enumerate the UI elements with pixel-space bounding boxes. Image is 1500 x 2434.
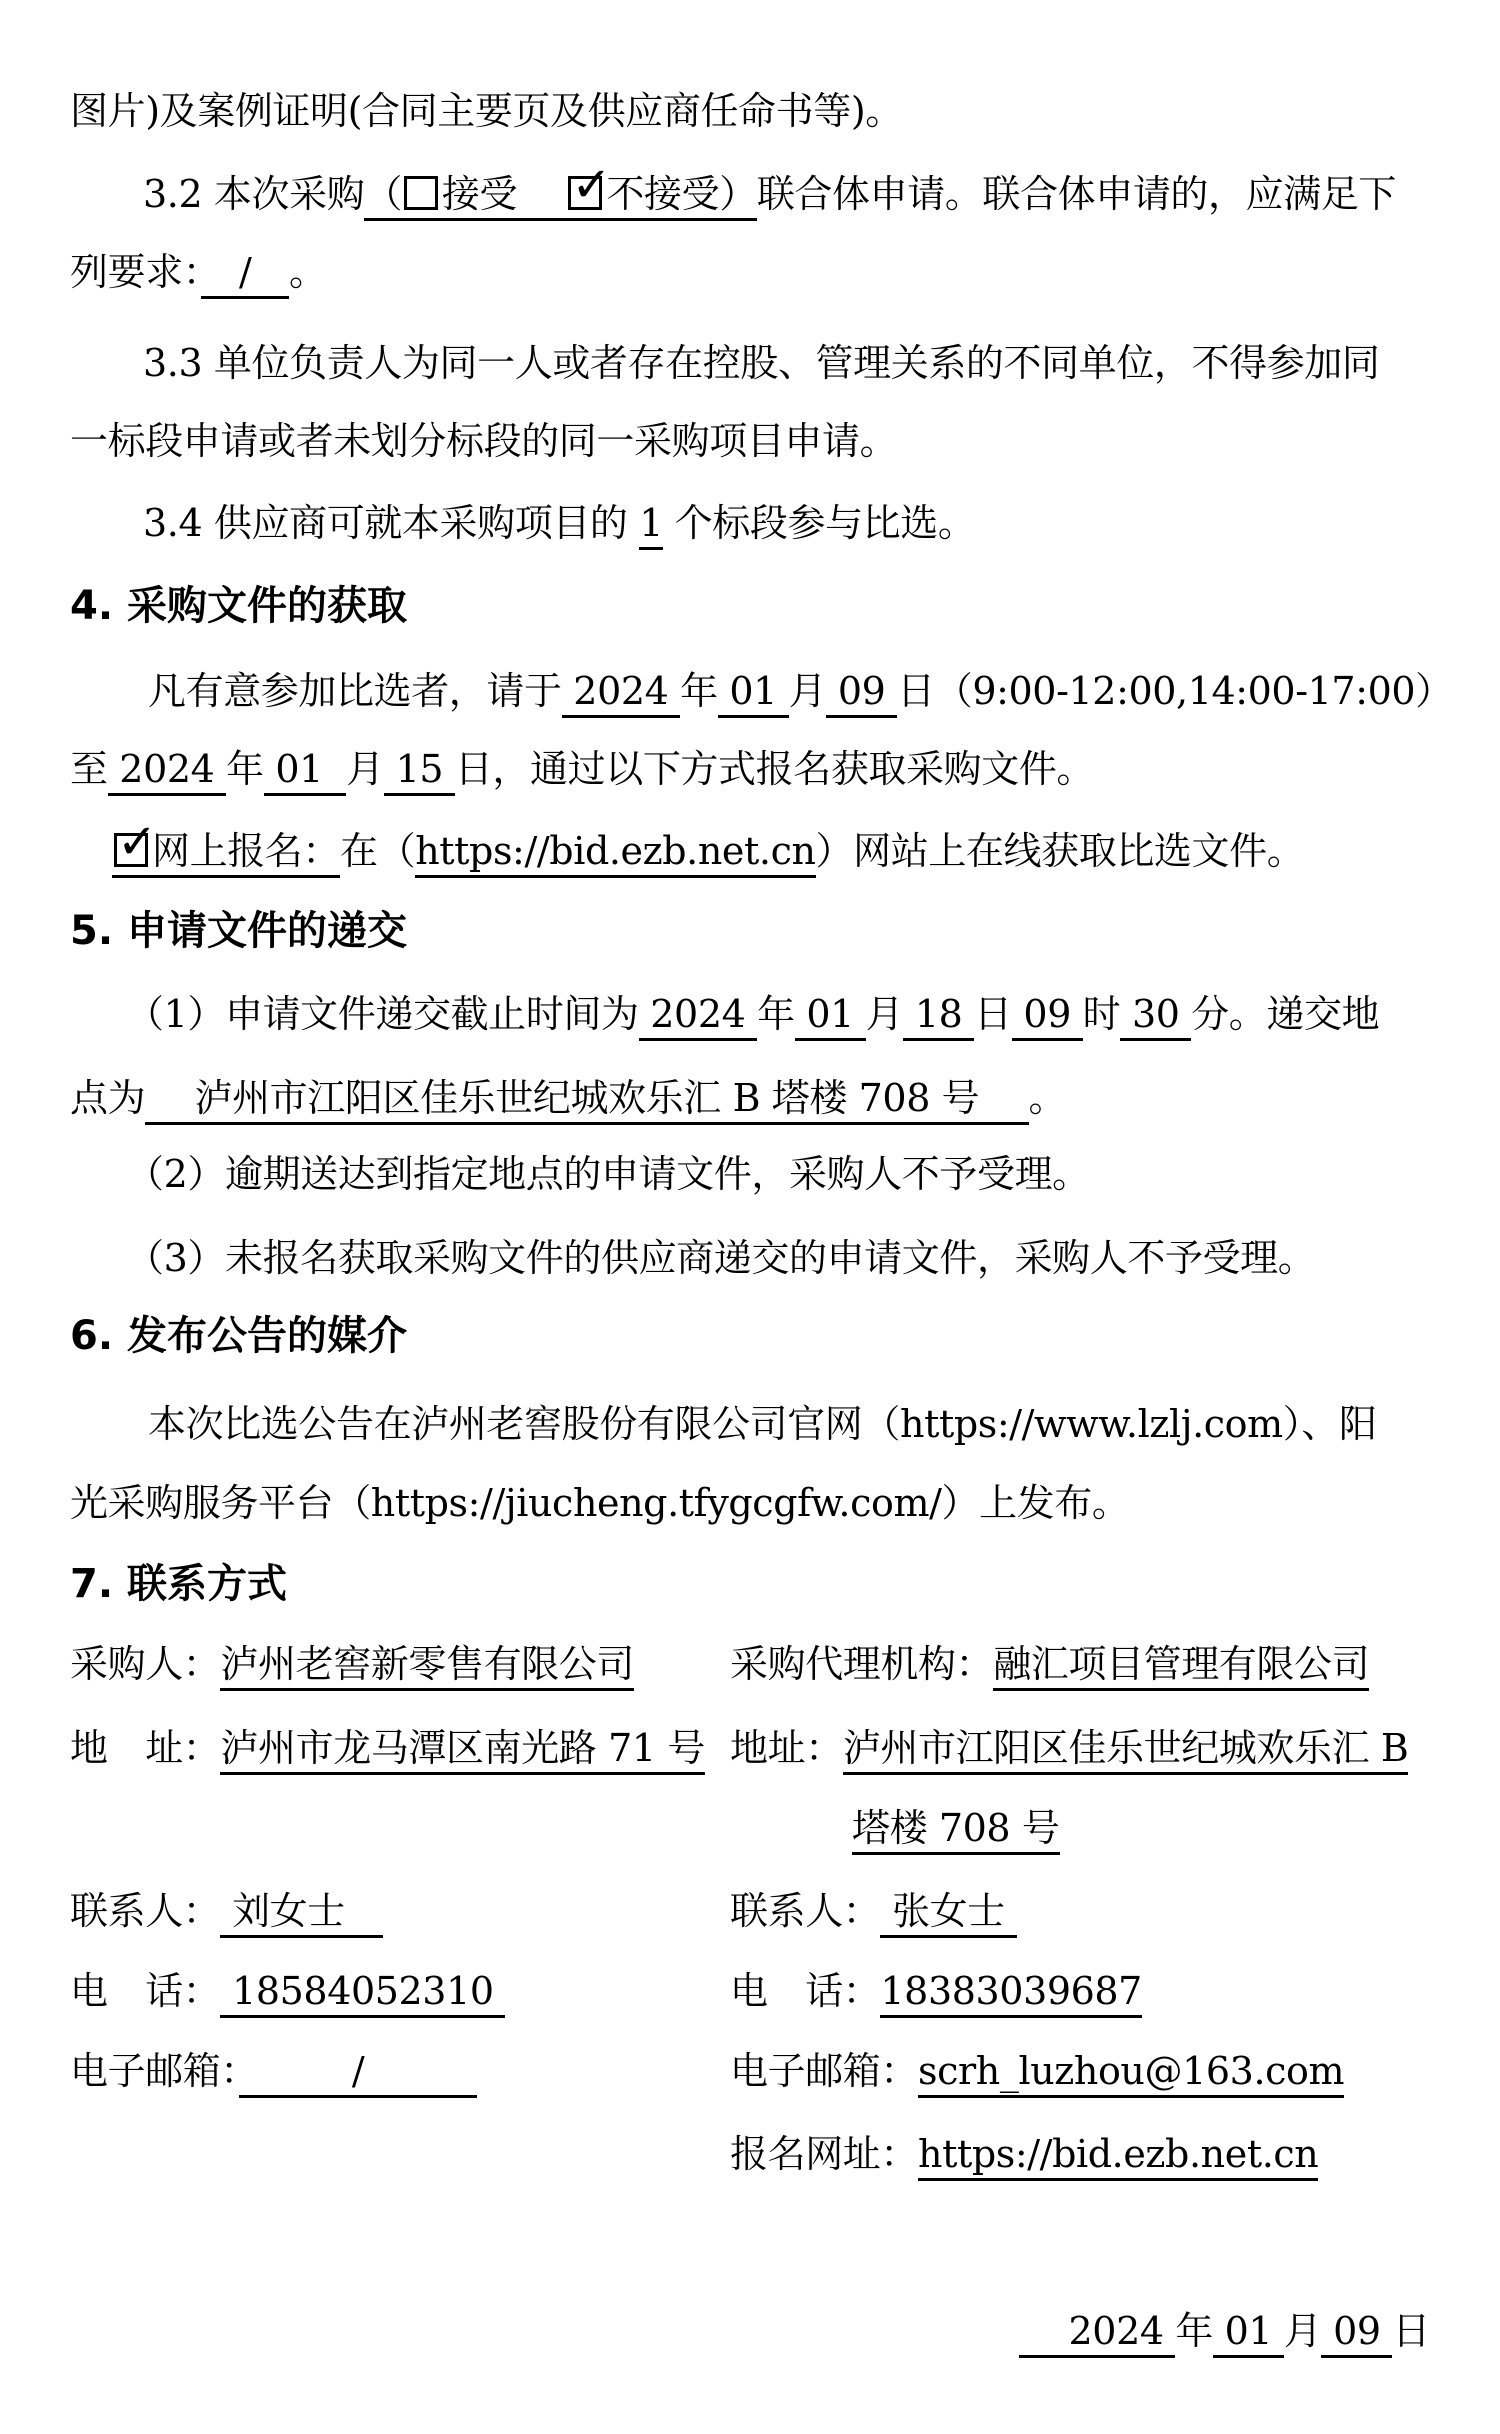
text-run: 电子邮箱： — [70, 2049, 239, 2093]
text-run: 4. 采购文件的获取 — [70, 583, 407, 629]
line-contact-address-cont-part-0: 塔楼 708 号 — [852, 1801, 1060, 1855]
text-run: 一标段申请或者未划分标段的同一采购项目申请。 — [70, 419, 897, 463]
line-contact-buyer-part-0: 采购人：泸州老窖新零售有限公司 — [70, 1637, 634, 1691]
line-para-4-1: 凡有意参加比选者，请于 2024 年 01 月 09 日（9:00-12:00,… — [70, 664, 1430, 718]
text-run: 年 — [680, 669, 718, 713]
line-heading-7: 7. 联系方式 — [70, 1557, 1430, 1611]
text-run: 01 — [264, 747, 347, 796]
line-para-5-1: （1）申请文件递交截止时间为 2024 年 01 月 18 日 09 时 30 … — [70, 987, 1430, 1041]
text-run: 图片)及案例证明(合同主要页及供应商任命书等)。 — [70, 89, 903, 133]
line-heading-5-part-0: 5. 申请文件的递交 — [70, 904, 407, 958]
line-heading-5: 5. 申请文件的递交 — [70, 904, 1430, 958]
text-run: 月 — [346, 747, 384, 791]
line-contact-address: 地 址：泸州市龙马潭区南光路 71 号地址：泸州市江阳区佳乐世纪城欢乐汇 B — [70, 1721, 1430, 1775]
text-run: 3.2 本次采购 — [143, 172, 364, 216]
text-run: 月 — [789, 669, 827, 713]
line-para-6-1-cont: 光采购服务平台（https://jiucheng.tfygcgfw.com/）上… — [70, 1476, 1430, 1530]
text-run: 。 — [1029, 1076, 1067, 1120]
line-contact-phone: 电 话： 18584052310 电 话：18383039687 — [70, 1964, 1430, 2018]
text-run: https://bid.ezb.net.cn — [415, 829, 815, 878]
text-run: （2）逾期送达到指定地点的申请文件，采购人不予受理。 — [126, 1152, 1090, 1196]
line-contact-email-part-1: 电子邮箱：scrh_luzhou@163.com — [730, 2044, 1344, 2098]
text-run: （1）申请文件递交截止时间为 — [126, 992, 639, 1036]
text-run: 日，通过以下方式报名获取采购文件。 — [455, 747, 1094, 791]
text-run: 报名网址： — [730, 2132, 918, 2176]
document-page: 图片)及案例证明(合同主要页及供应商任命书等)。3.2 本次采购（接受 ✓不接受… — [0, 0, 1500, 2434]
text-run: 刘女士 — [220, 1889, 382, 1938]
text-run: 在（ — [340, 829, 415, 873]
line-clause-3-3: 3.3 单位负责人为同一人或者存在控股、管理关系的不同单位，不得参加同 — [70, 336, 1430, 390]
text-run: 联合体申请。联合体申请的，应满足下 — [757, 172, 1396, 216]
line-para-5-2-part-0: （2）逾期送达到指定地点的申请文件，采购人不予受理。 — [126, 1147, 1090, 1201]
text-run: 采购人： — [70, 1642, 220, 1686]
text-run: 5. 申请文件的递交 — [70, 908, 407, 954]
line-clause-3-3-part-0: 3.3 单位负责人为同一人或者存在控股、管理关系的不同单位，不得参加同 — [143, 336, 1380, 390]
text-run: 凡有意参加比选者，请于 — [148, 669, 562, 713]
text-run: 列要求： — [70, 250, 201, 294]
line-heading-7-part-0: 7. 联系方式 — [70, 1557, 287, 1611]
text-run: 2024 — [1019, 2309, 1175, 2358]
text-run: 月 — [1284, 2309, 1322, 2353]
text-run: 2024 — [108, 747, 226, 796]
line-clause-3-2-part-0: 3.2 本次采购（接受 ✓不接受）联合体申请。联合体申请的，应满足下 — [143, 167, 1396, 221]
text-run: 地址： — [730, 1726, 843, 1770]
line-contact-person-part-0: 联系人： 刘女士 — [70, 1884, 383, 1938]
text-run: 电 话： — [730, 1969, 880, 2013]
text-run: 年 — [1175, 2309, 1213, 2353]
line-heading-6-part-0: 6. 发布公告的媒介 — [70, 1309, 407, 1363]
line-para-4-2-online-signup: ✓网上报名：在（https://bid.ezb.net.cn）网站上在线获取比选… — [70, 824, 1430, 878]
text-run: 点为 — [70, 1076, 145, 1120]
text-run: 泸州市江阳区佳乐世纪城欢乐汇 B — [843, 1726, 1409, 1775]
line-para-5-1-cont-part-0: 点为 泸州市江阳区佳乐世纪城欢乐汇 B 塔楼 708 号 。 — [70, 1071, 1066, 1125]
line-contact-email-part-0: 电子邮箱： / — [70, 2044, 477, 2098]
line-date-part-0: 2024 年 01 月 09 日 — [1019, 2309, 1430, 2358]
text-run: 日（9:00-12:00,14:00-17:00） — [897, 669, 1453, 713]
text-run: 01 — [795, 992, 866, 1041]
line-para-6-1-cont-part-0: 光采购服务平台（https://jiucheng.tfygcgfw.com/）上… — [70, 1476, 1129, 1530]
line-clause-3-2-cont-part-0: 列要求： / 。 — [70, 245, 327, 299]
text-run: （3）未报名获取采购文件的供应商递交的申请文件，采购人不予受理。 — [126, 1236, 1315, 1280]
line-para-4-1-cont: 至 2024 年 01 月 15 日，通过以下方式报名获取采购文件。 — [70, 742, 1430, 796]
line-contact-buyer: 采购人：泸州老窖新零售有限公司采购代理机构：融汇项目管理有限公司 — [70, 1637, 1430, 1691]
line-contact-signup-url: 报名网址：https://bid.ezb.net.cn — [70, 2127, 1430, 2181]
text-run: 张女士 — [880, 1889, 1016, 1938]
text-run: 年 — [757, 992, 795, 1036]
text-run: 光采购服务平台（https://jiucheng.tfygcgfw.com/）上… — [70, 1481, 1129, 1525]
line-clause-3-3-cont-part-0: 一标段申请或者未划分标段的同一采购项目申请。 — [70, 414, 897, 468]
text-run: 1 — [639, 501, 663, 550]
line-heading-4-part-0: 4. 采购文件的获取 — [70, 579, 407, 633]
line-contact-person: 联系人： 刘女士 联系人： 张女士 — [70, 1884, 1430, 1938]
text-run: 09 — [1012, 992, 1083, 1041]
text-run: 塔楼 708 号 — [852, 1806, 1060, 1855]
text-run: 电子邮箱： — [730, 2049, 918, 2093]
line-contact-email: 电子邮箱： / 电子邮箱：scrh_luzhou@163.com — [70, 2044, 1430, 2098]
line-clause-3-4-part-0: 3.4 供应商可就本采购项目的 1 个标段参与比选。 — [143, 496, 975, 550]
text-run: 月 — [866, 992, 904, 1036]
text-run: 融汇项目管理有限公司 — [993, 1642, 1369, 1691]
text-run: https://bid.ezb.net.cn — [918, 2132, 1318, 2181]
line-contact-signup-url-part-0: 报名网址：https://bid.ezb.net.cn — [730, 2127, 1318, 2181]
line-contact-person-part-1: 联系人： 张女士 — [730, 1884, 1017, 1938]
line-para-5-3: （3）未报名获取采购文件的供应商递交的申请文件，采购人不予受理。 — [70, 1231, 1430, 1285]
checkbox-empty-segment — [402, 172, 442, 221]
line-contact-address-part-0: 地 址：泸州市龙马潭区南光路 71 号 — [70, 1721, 705, 1775]
checkbox-checked-segment: ✓ — [566, 172, 606, 221]
text-run: 个标段参与比选。 — [663, 501, 975, 545]
text-run: 泸州市龙马潭区南光路 71 号 — [220, 1726, 705, 1775]
line-clause-3-2-cont: 列要求： / 。 — [70, 245, 1430, 299]
text-run: 2024 — [562, 669, 680, 718]
text-run: 2024 — [639, 992, 757, 1041]
line-date: 2024 年 01 月 09 日 — [70, 2304, 1430, 2358]
line-contact-phone-part-1: 电 话：18383039687 — [730, 1964, 1142, 2018]
text-run: 不接受） — [606, 172, 756, 221]
text-run: 6. 发布公告的媒介 — [70, 1313, 407, 1359]
line-clause-3-2: 3.2 本次采购（接受 ✓不接受）联合体申请。联合体申请的，应满足下 — [70, 167, 1430, 221]
checkbox-checked-segment: ✓ — [112, 829, 152, 878]
text-run: 09 — [1321, 2309, 1392, 2358]
text-run: 15 — [384, 747, 455, 796]
text-run: 本次比选公告在泸州老窖股份有限公司官网（https://www.lzlj.com… — [148, 1402, 1377, 1446]
line-para-4-2-online-signup-part-0: ✓网上报名：在（https://bid.ezb.net.cn）网站上在线获取比选… — [112, 824, 1304, 878]
text-run: 时 — [1083, 992, 1121, 1036]
line-para-5-1-cont: 点为 泸州市江阳区佳乐世纪城欢乐汇 B 塔楼 708 号 。 — [70, 1071, 1430, 1125]
checkmark-icon: ✓ — [117, 818, 157, 866]
line-case-proof: 图片)及案例证明(合同主要页及供应商任命书等)。 — [70, 84, 1430, 138]
text-run: 日 — [974, 992, 1012, 1036]
text-run: 3.3 单位负责人为同一人或者存在控股、管理关系的不同单位，不得参加同 — [143, 341, 1380, 385]
text-run: 网上报名： — [152, 829, 340, 878]
checked-checkbox-icon: ✓ — [114, 833, 148, 867]
text-run: 09 — [826, 669, 897, 718]
line-heading-4: 4. 采购文件的获取 — [70, 579, 1430, 633]
line-para-4-1-part-0: 凡有意参加比选者，请于 2024 年 01 月 09 日（9:00-12:00,… — [148, 664, 1453, 718]
line-para-5-2: （2）逾期送达到指定地点的申请文件，采购人不予受理。 — [70, 1147, 1430, 1201]
line-contact-phone-part-0: 电 话： 18584052310 — [70, 1964, 505, 2018]
text-run: 18383039687 — [880, 1969, 1142, 2018]
text-run: 年 — [226, 747, 264, 791]
line-clause-3-3-cont: 一标段申请或者未划分标段的同一采购项目申请。 — [70, 414, 1430, 468]
text-run: 3.4 供应商可就本采购项目的 — [143, 501, 639, 545]
line-contact-address-cont: 塔楼 708 号 — [70, 1801, 1430, 1855]
text-run: 泸州老窖新零售有限公司 — [220, 1642, 634, 1691]
text-run: 联系人： — [70, 1889, 220, 1933]
text-run: ）网站上在线获取比选文件。 — [816, 829, 1305, 873]
line-contact-address-part-1: 地址：泸州市江阳区佳乐世纪城欢乐汇 B — [730, 1721, 1408, 1775]
line-contact-buyer-part-1: 采购代理机构：融汇项目管理有限公司 — [730, 1637, 1369, 1691]
text-run: 30 — [1120, 992, 1191, 1041]
line-para-6-1-part-0: 本次比选公告在泸州老窖股份有限公司官网（https://www.lzlj.com… — [148, 1397, 1377, 1451]
text-run: 接受 — [442, 172, 566, 221]
text-run: 01 — [718, 669, 789, 718]
text-run: / — [201, 250, 289, 299]
checkmark-icon: ✓ — [571, 161, 611, 209]
empty-checkbox-icon — [404, 176, 438, 210]
text-run: 18584052310 — [220, 1969, 505, 2018]
text-run: 18 — [903, 992, 974, 1041]
text-run: 地 址： — [70, 1726, 220, 1770]
line-para-6-1: 本次比选公告在泸州老窖股份有限公司官网（https://www.lzlj.com… — [70, 1397, 1430, 1451]
text-run: 至 — [70, 747, 108, 791]
text-run: 分。递交地 — [1191, 992, 1379, 1036]
text-run: scrh_luzhou@163.com — [918, 2049, 1344, 2098]
text-run: / — [239, 2049, 477, 2098]
text-run: 电 话： — [70, 1969, 220, 2013]
line-clause-3-4: 3.4 供应商可就本采购项目的 1 个标段参与比选。 — [70, 496, 1430, 550]
line-para-5-1-part-0: （1）申请文件递交截止时间为 2024 年 01 月 18 日 09 时 30 … — [126, 987, 1379, 1041]
checked-checkbox-icon: ✓ — [568, 176, 602, 210]
text-run: 01 — [1213, 2309, 1284, 2358]
text-run: 泸州市江阳区佳乐世纪城欢乐汇 B 塔楼 708 号 — [145, 1076, 1028, 1125]
line-para-4-1-cont-part-0: 至 2024 年 01 月 15 日，通过以下方式报名获取采购文件。 — [70, 742, 1094, 796]
text-run: 联系人： — [730, 1889, 880, 1933]
text-run: 日 — [1392, 2309, 1430, 2353]
text-run: 。 — [289, 250, 327, 294]
line-heading-6: 6. 发布公告的媒介 — [70, 1309, 1430, 1363]
text-run: （ — [364, 172, 402, 221]
text-run: 7. 联系方式 — [70, 1561, 287, 1607]
text-run: 采购代理机构： — [730, 1642, 993, 1686]
line-case-proof-part-0: 图片)及案例证明(合同主要页及供应商任命书等)。 — [70, 84, 903, 138]
line-para-5-3-part-0: （3）未报名获取采购文件的供应商递交的申请文件，采购人不予受理。 — [126, 1231, 1315, 1285]
